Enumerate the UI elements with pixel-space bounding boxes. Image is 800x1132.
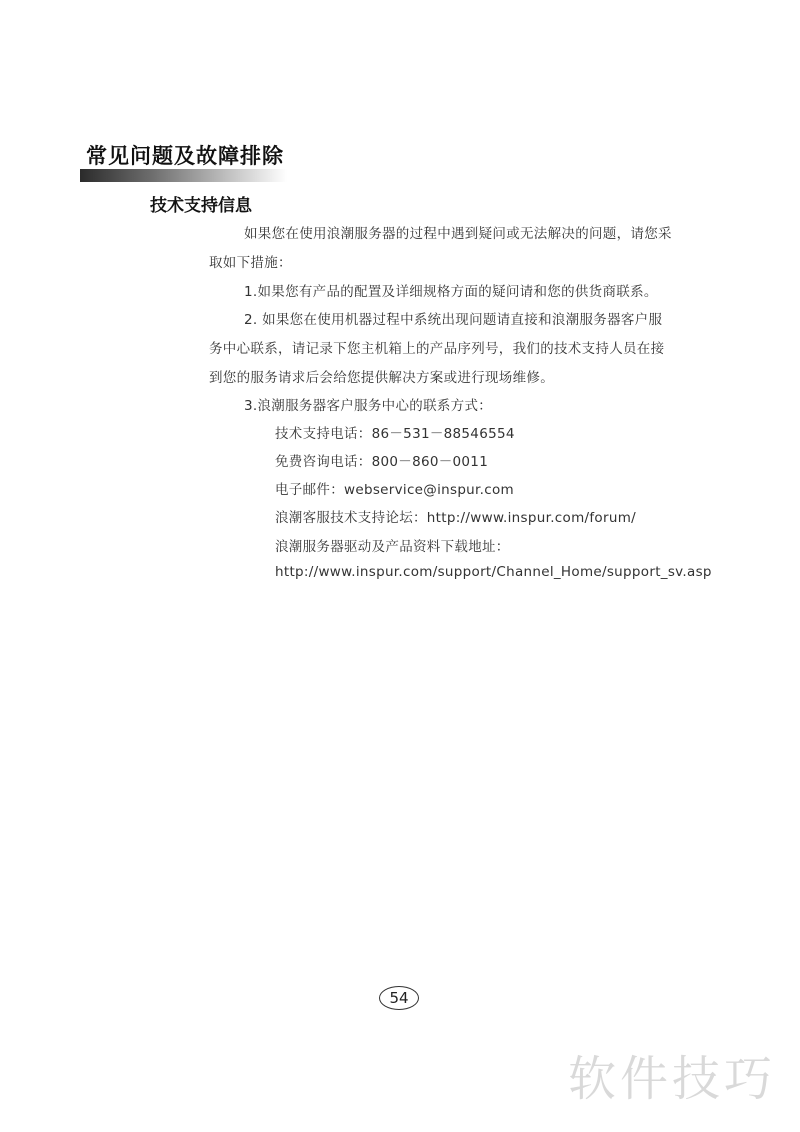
contact-forum-link[interactable]: 浪潮客服技术支持论坛：http://www.inspur.com/forum/ [275, 506, 636, 526]
item-2-line-3: 到您的服务请求后会给您提供解决方案或进行现场维修。 [209, 366, 554, 386]
item-2-line-1: 2. 如果您在使用机器过程中系统出现问题请直接和浪潮服务器客户服 [244, 308, 662, 328]
contact-email[interactable]: 电子邮件：webservice@inspur.com [275, 478, 514, 498]
intro-line-2: 取如下措施： [209, 251, 292, 271]
contact-download-link[interactable]: http://www.inspur.com/support/Channel_Ho… [275, 564, 712, 580]
contact-free-phone: 免费咨询电话：800－860－0011 [275, 450, 488, 470]
section-title: 技术支持信息 [150, 191, 252, 216]
watermark: 软件技巧 [568, 1040, 776, 1109]
chapter-title: 常见问题及故障排除 [86, 140, 284, 170]
item-3: 3.浪潮服务器客户服务中心的联系方式： [244, 394, 492, 414]
contact-support-phone: 技术支持电话：86－531－88546554 [275, 422, 515, 442]
contact-download-label: 浪潮服务器驱动及产品资料下载地址： [275, 535, 510, 555]
chapter-title-gradient-bar [80, 169, 287, 182]
intro-line-1: 如果您在使用浪潮服务器的过程中遇到疑问或无法解决的问题，请您采 [244, 222, 672, 242]
item-1: 1.如果您有产品的配置及详细规格方面的疑问请和您的供货商联系。 [244, 280, 658, 300]
page-number-badge: 54 [379, 986, 419, 1010]
item-2-line-2: 务中心联系，请记录下您主机箱上的产品序列号，我们的技术支持人员在接 [209, 337, 664, 357]
